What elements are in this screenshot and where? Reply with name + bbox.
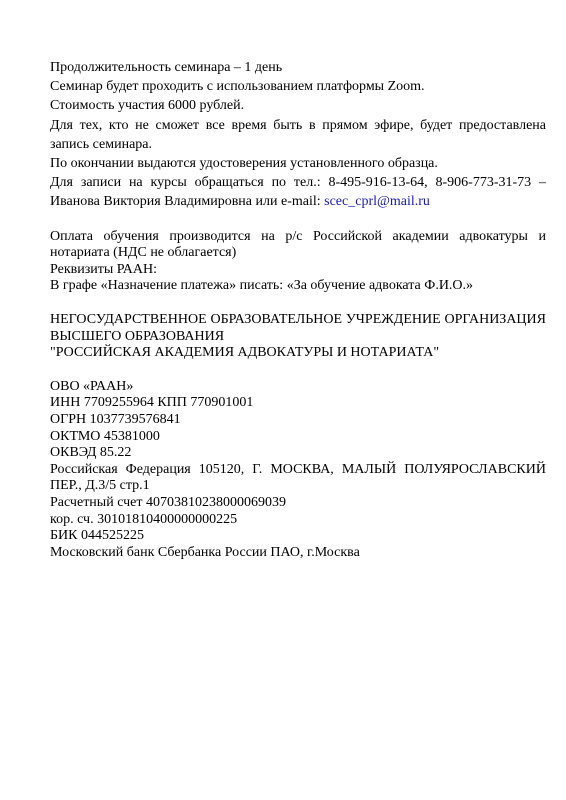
contact-text: Для записи на курсы обращаться по тел.: …: [50, 175, 546, 209]
oktmo: ОКТМО 45381000: [50, 429, 546, 446]
payment-purpose: В графе «Назначение платежа» писать: «За…: [50, 278, 546, 295]
okved: ОКВЭД 85.22: [50, 445, 546, 462]
seminar-platform: Семинар будет проходить с использованием…: [50, 77, 546, 96]
seminar-recording: Для тех, кто не сможет все время быть в …: [50, 116, 546, 154]
correspondent-account: кор. сч. 30101810400000000225: [50, 512, 546, 529]
address: Российская Федерация 105120, Г. МОСКВА, …: [50, 462, 546, 495]
payment-line: Оплата обучения производится на р/с Росс…: [50, 229, 546, 262]
seminar-price: Стоимость участия 6000 рублей.: [50, 96, 546, 115]
organization-name-line-3: "РОССИЙСКАЯ АКАДЕМИЯ АДВОКАТУРЫ И НОТАРИ…: [50, 345, 546, 362]
requisites-label: Реквизиты РААН:: [50, 262, 546, 279]
ogrn: ОГРН 1037739576841: [50, 412, 546, 429]
contact-email-link[interactable]: scec_cprl@mail.ru: [324, 194, 430, 209]
bank-name: Московский банк Сбербанка России ПАО, г.…: [50, 545, 546, 562]
requisites-section: ОВО «РААН» ИНН 7709255964 КПП 770901001 …: [50, 379, 546, 562]
settlement-account: Расчетный счет 40703810238000069039: [50, 495, 546, 512]
organization-name-section: НЕГОСУДАРСТВЕННОЕ ОБРАЗОВАТЕЛЬНОЕ УЧРЕЖД…: [50, 312, 546, 362]
payment-info-section: Оплата обучения производится на р/с Росс…: [50, 229, 546, 295]
spacer: [50, 295, 546, 312]
org-short-name: ОВО «РААН»: [50, 379, 546, 396]
organization-name-line-1: НЕГОСУДАРСТВЕННОЕ ОБРАЗОВАТЕЛЬНОЕ УЧРЕЖД…: [50, 312, 546, 329]
organization-name-line-2: ВЫСШЕГО ОБРАЗОВАНИЯ: [50, 329, 546, 346]
spacer: [50, 212, 546, 229]
bik: БИК 044525225: [50, 528, 546, 545]
seminar-contact: Для записи на курсы обращаться по тел.: …: [50, 173, 546, 211]
inn-kpp: ИНН 7709255964 КПП 770901001: [50, 395, 546, 412]
spacer: [50, 362, 546, 379]
seminar-certificate: По окончании выдаются удостоверения уста…: [50, 154, 546, 173]
document-page: Продолжительность семинара – 1 день Семи…: [50, 58, 546, 561]
seminar-info-section: Продолжительность семинара – 1 день Семи…: [50, 58, 546, 212]
seminar-duration: Продолжительность семинара – 1 день: [50, 58, 546, 77]
